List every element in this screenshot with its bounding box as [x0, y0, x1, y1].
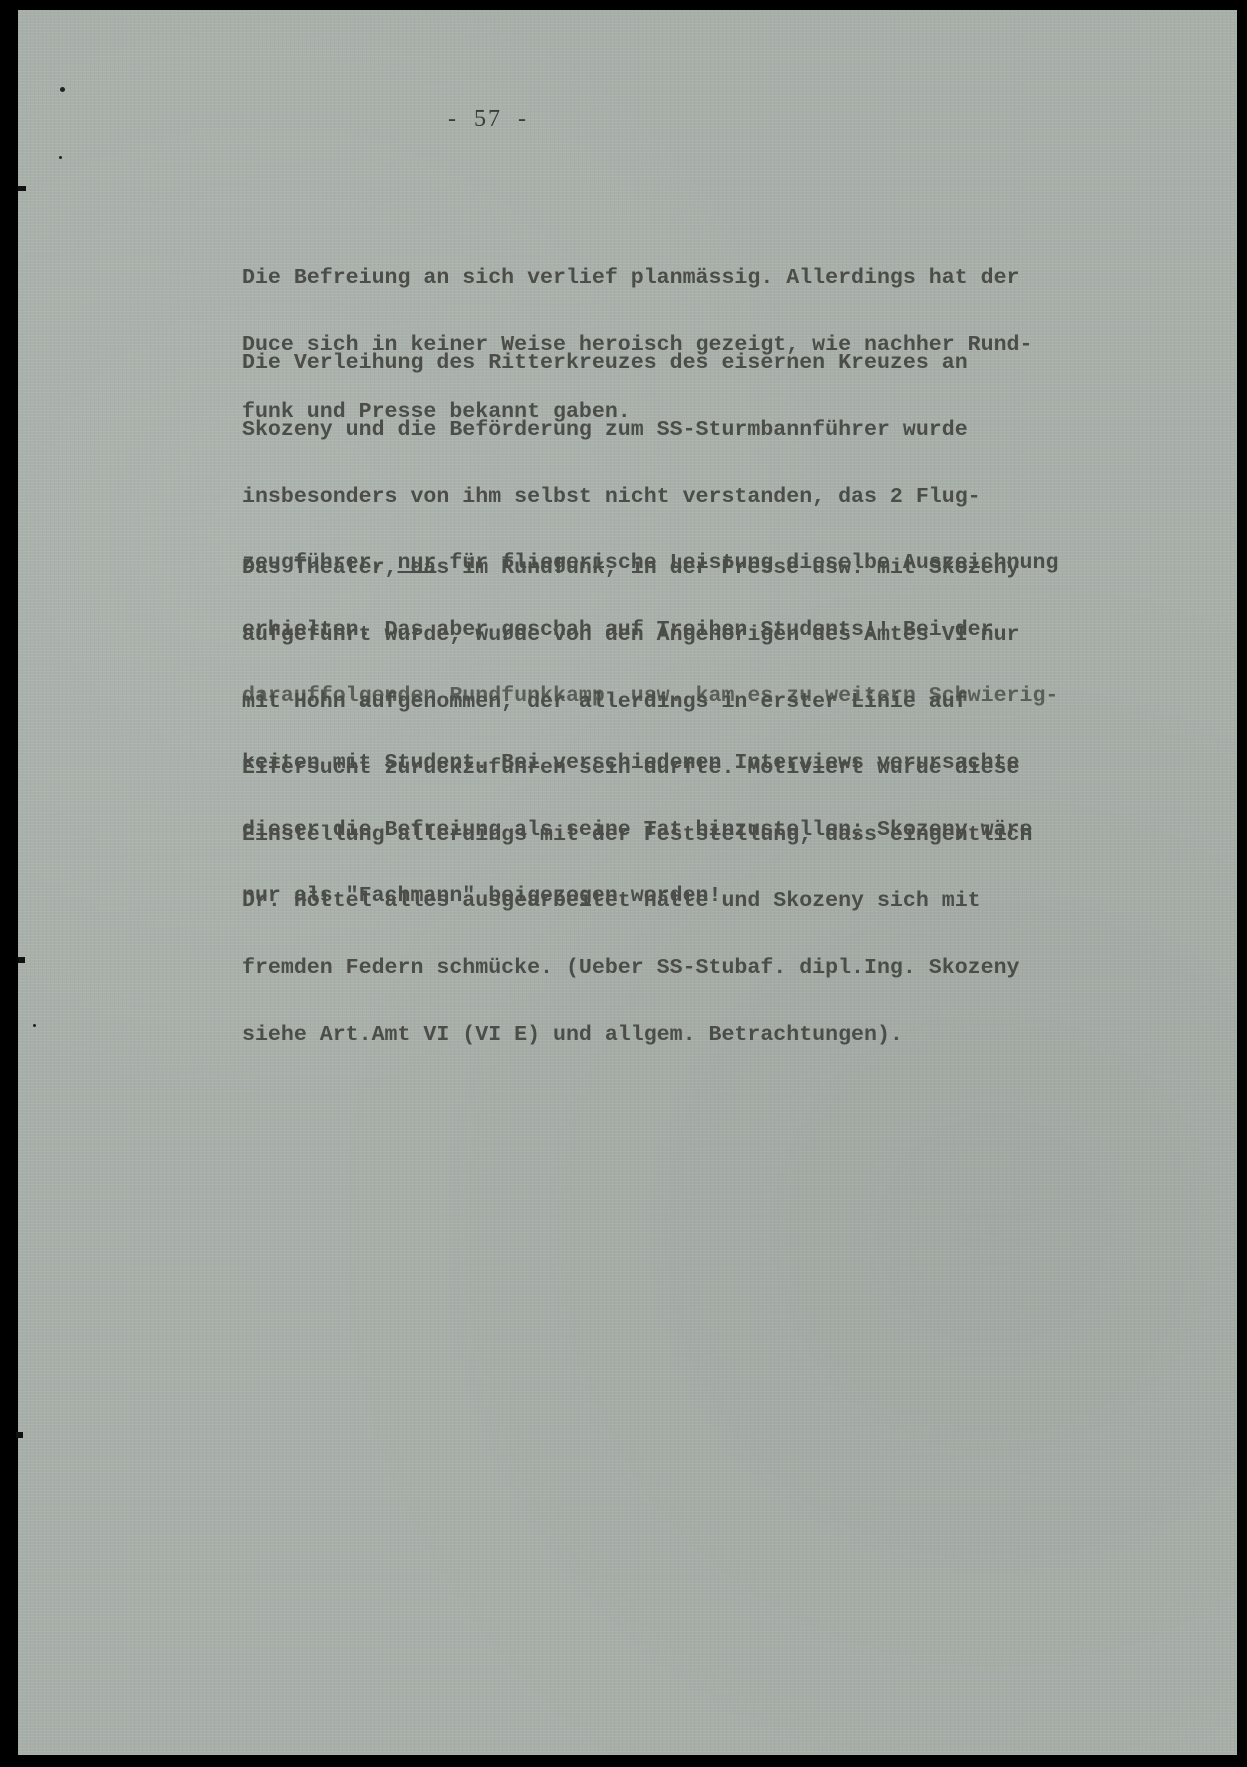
scan-speck [60, 87, 65, 92]
scan-speck [33, 1024, 36, 1027]
text-line: Die Verleihung des Ritterkreuzes des eis… [242, 352, 1058, 374]
text-line: fremden Federn schmücke. (Ueber SS-Stuba… [242, 957, 1032, 979]
text-line: Eifersucht zurückzuführen sein dürfte. M… [242, 757, 1032, 779]
paragraph-3: Das Theater, das im Rundfunk, in der Pre… [242, 513, 1032, 1090]
text-line: mit Hohn aufgenommen, der allerdings in … [242, 691, 1032, 713]
document-page: - 57 - Die Befreiung an sich verlief pla… [18, 10, 1237, 1755]
binding-mark [18, 186, 26, 191]
text-line: siehe Art.Amt VI (VI E) und allgem. Betr… [242, 1024, 1032, 1046]
text-line: Die Befreiung an sich verlief planmässig… [242, 267, 1032, 289]
text-line: Skozeny und die Beförderung zum SS-Sturm… [242, 419, 1058, 441]
text-line: Einstellung allerdings mit der Feststell… [242, 824, 1032, 846]
binding-mark [18, 957, 25, 963]
scan-speck [59, 156, 62, 159]
page-number: - 57 - [448, 106, 648, 133]
text-line: Das Theater, das im Rundfunk, in der Pre… [242, 557, 1032, 579]
binding-mark [16, 1432, 23, 1438]
text-line: Dr. Höttel alles ausgearbeitet hätte und… [242, 890, 1032, 912]
text-line: aufgeführt wurde, wurde von den Angehöri… [242, 624, 1032, 646]
text-line: insbesonders von ihm selbst nicht versta… [242, 486, 1058, 508]
